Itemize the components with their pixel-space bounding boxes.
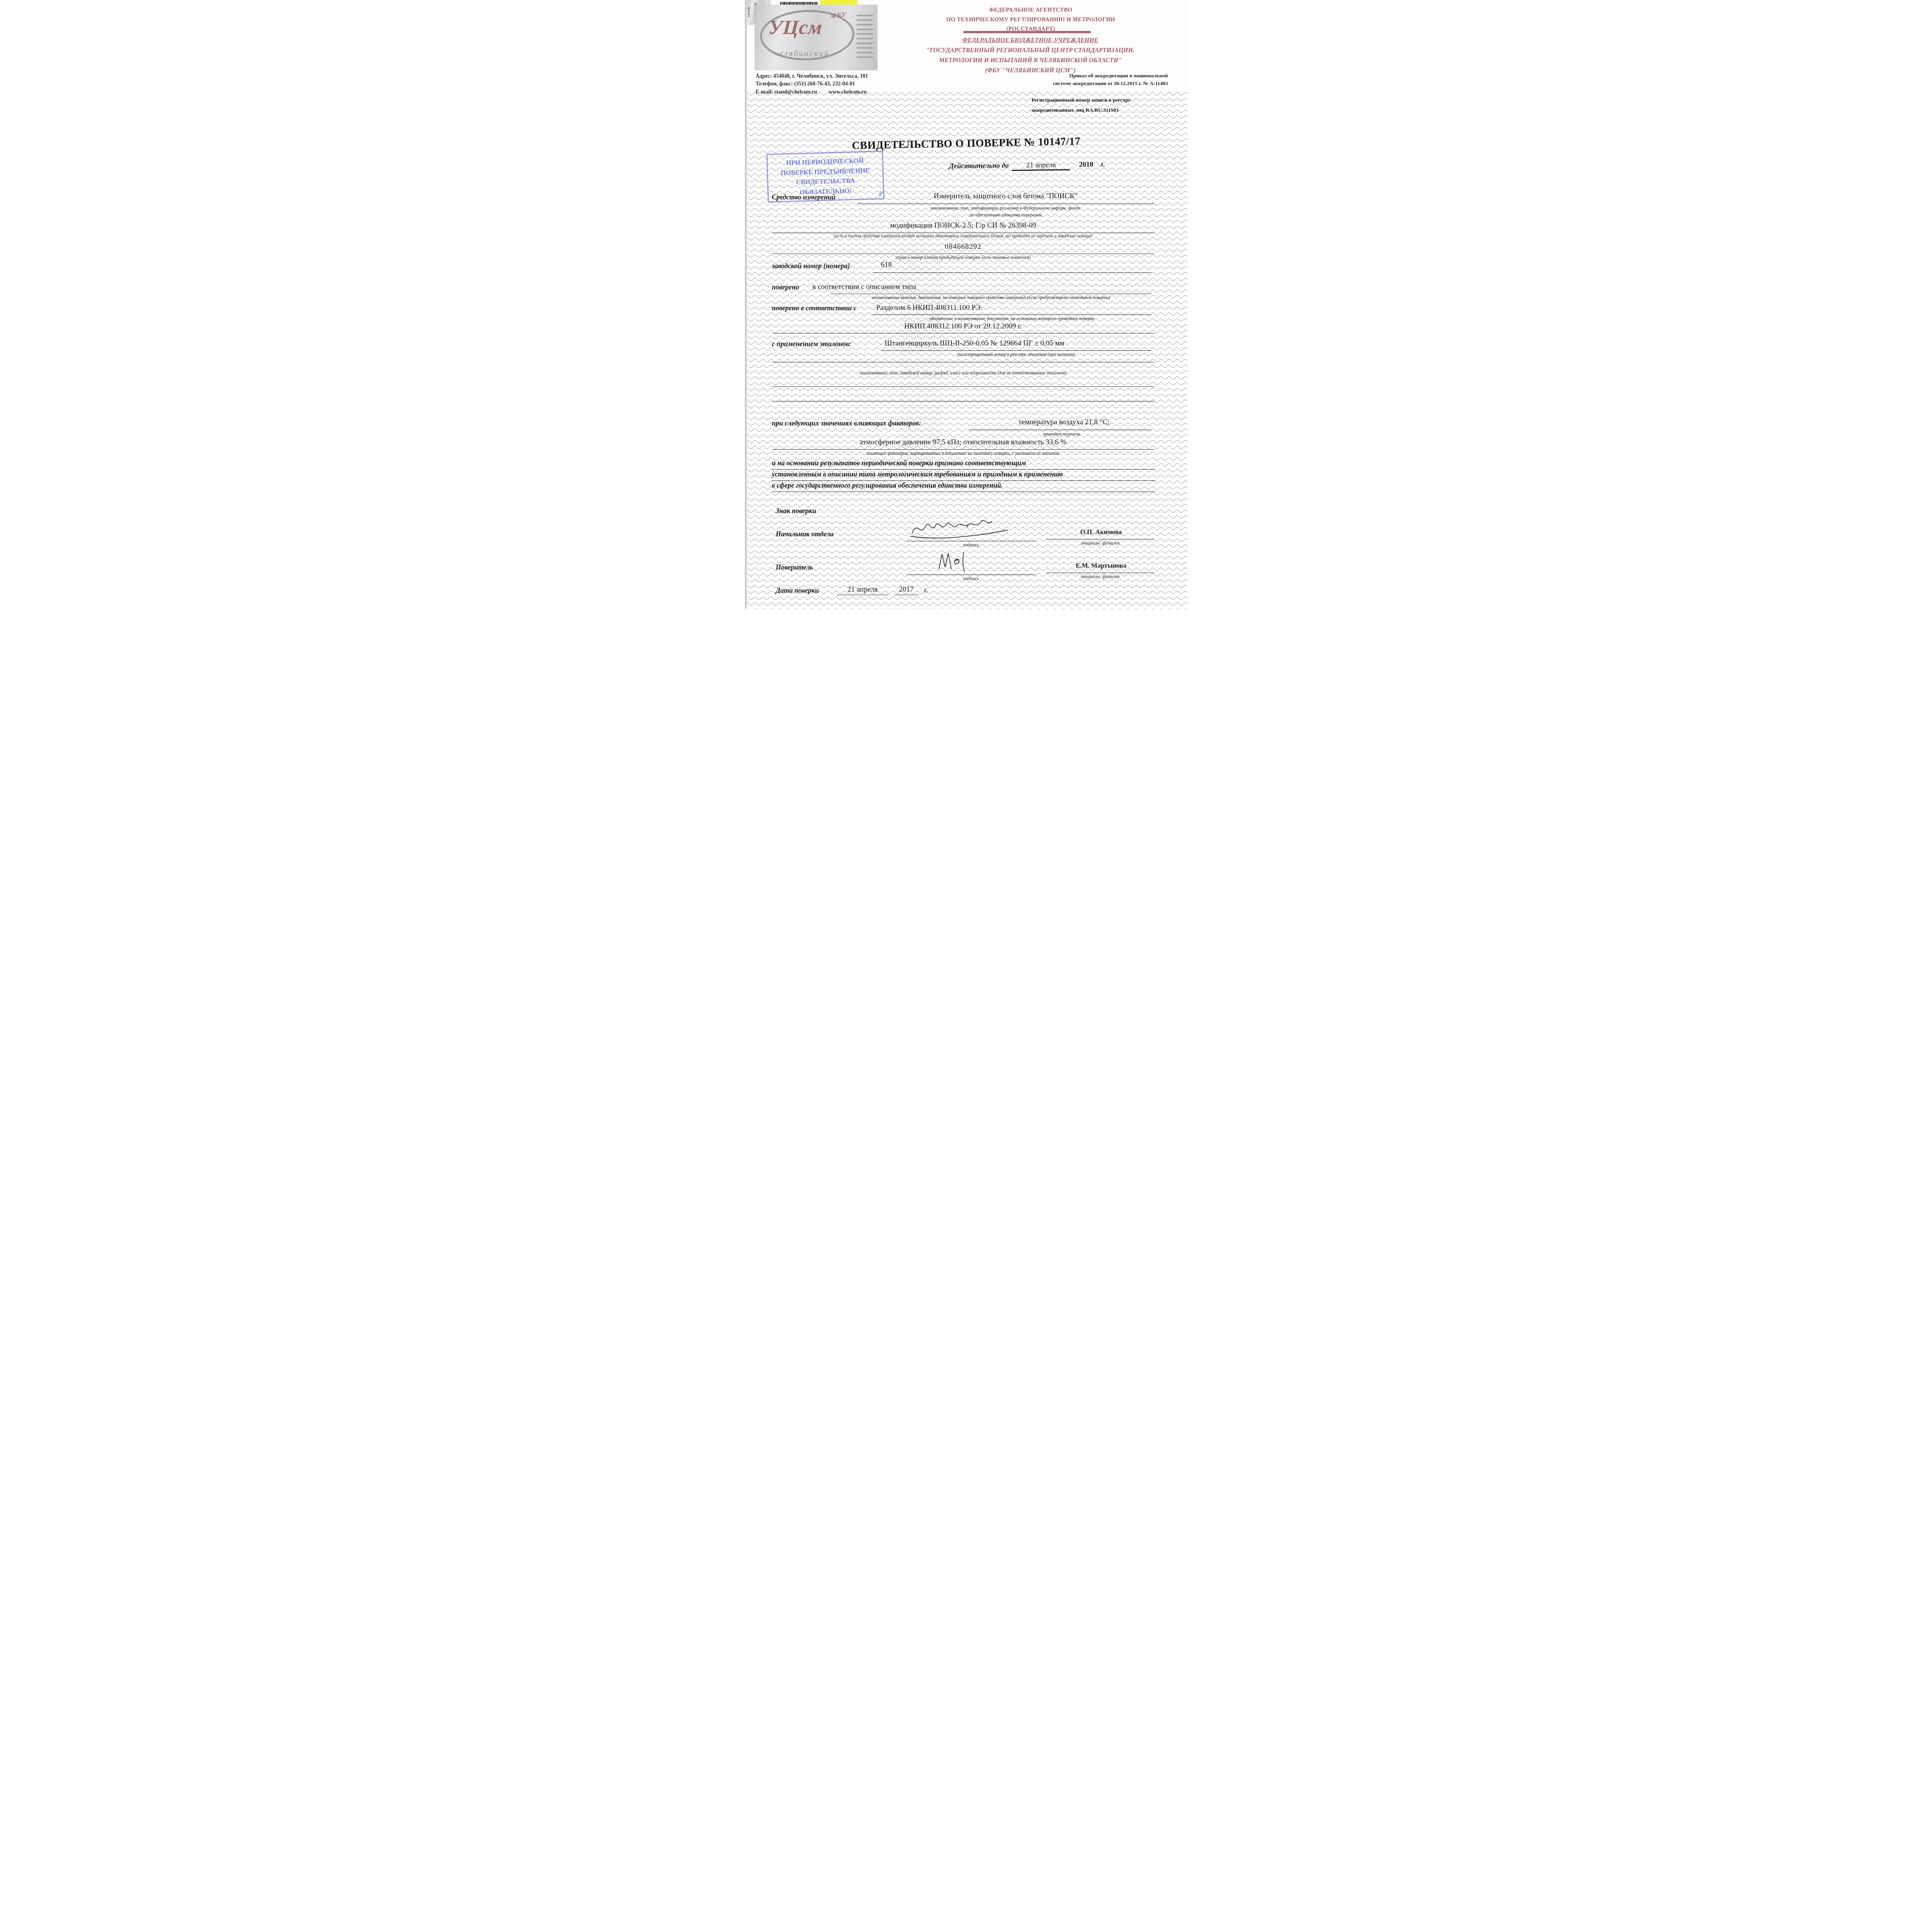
order-line1: Приказ об аккредитации в национальной	[1000, 72, 1168, 80]
head-name-underline	[1046, 539, 1155, 539]
logo-city-label: челябинский	[775, 49, 830, 58]
modification-underline	[772, 233, 1155, 233]
scan-edge-artifact	[745, 0, 748, 609]
conclusion-paragraph: и на основании результатов периодической…	[772, 458, 1155, 492]
verification-date-suffix: г.	[924, 586, 928, 595]
verified-caption: наименование величин, диапазонов, на кот…	[831, 295, 1151, 301]
instrument-label: Средство измерений	[772, 193, 836, 201]
modification-value: модификация ПОИСК-2.5; Г/р СИ № 26398-09	[772, 221, 1155, 230]
conclusion-line3: в сфере государственного регулирования о…	[772, 481, 1155, 492]
accreditation-order: Приказ об аккредитации в национальной си…	[1000, 72, 1168, 88]
verified-label: поверено	[772, 283, 799, 291]
agency-title: ФЕДЕРАЛЬНОЕ АГЕНТСТВО ПО ТЕХНИЧЕСКОМУ РЕ…	[896, 5, 1166, 34]
agency-line1: ФЕДЕРАЛЬНОЕ АГЕНТСТВО	[896, 5, 1166, 15]
method-caption: обозначение и наименование документа, на…	[872, 316, 1151, 321]
standards-caption: регистрационный номер в реестре эталонов…	[881, 352, 1151, 357]
verified-value: в соответствии с описанием типа	[813, 283, 917, 291]
institution-line1: ФЕДЕРАЛЬНОЕ БЮДЖЕТНОЕ УЧРЕЖДЕНИЕ	[891, 36, 1170, 46]
instrument-caption1: наименование, тип, модификация, рег.номе…	[857, 205, 1155, 211]
previous-seal-underline	[772, 253, 1155, 254]
institution-line3: МЕТРОЛОГИИ И ИСПЫТАНИЙ В ЧЕЛЯБИНСКОЙ ОБЛ…	[891, 56, 1170, 66]
valid-until-year: 2018	[1073, 161, 1099, 169]
temperature-underline	[969, 430, 1151, 430]
conditions-caption2: влияющих факторов, нормированных в докум…	[772, 451, 1155, 456]
contact-address: Адрес: 454048, г. Челябинск, ул. Энгельс…	[756, 73, 895, 80]
verifier-label: Поверитель	[776, 563, 813, 571]
verified-underline	[831, 294, 1151, 294]
conditions-label: при следующих значениях влияющих факторо…	[772, 419, 921, 427]
serial-number-value: 618	[881, 261, 892, 269]
blank-underline-1	[772, 362, 1155, 362]
standards-caption2: наименование, тип, заводской номер, разр…	[772, 370, 1155, 376]
ucsm-logo: ФБУ УЦсм челябинский	[755, 5, 878, 70]
instrument-underline	[857, 204, 1155, 204]
certificate-title: СВИДЕТЕЛЬСТВО О ПОВЕРКЕ № 10147/17	[745, 133, 1187, 154]
verifier-signature-icon	[934, 549, 976, 574]
verification-date-value: 21 апреля	[837, 585, 889, 595]
modification-caption: (если в состав средства измерения входят…	[772, 234, 1155, 238]
institution-line2: "ГОСУДАРСТВЕННЫЙ РЕГИОНАЛЬНЫЙ ЦЕНТР СТАН…	[891, 46, 1170, 56]
head-of-department-label: Начальник отдела	[776, 530, 834, 538]
institution-title: ФЕДЕРАЛЬНОЕ БЮДЖЕТНОЕ УЧРЕЖДЕНИЕ "ГОСУДА…	[891, 36, 1170, 76]
conclusion-line1: и на основании результатов периодической…	[772, 458, 1155, 469]
valid-until-suffix: г.	[1100, 161, 1105, 168]
contact-phone: Телефон, факс: (351) 260-76-43, 232-04-0…	[756, 80, 895, 88]
previous-seal-value: 084668292	[772, 243, 1155, 251]
blank-underline-2	[772, 386, 1155, 387]
serial-number-label: заводской номер (номера)	[772, 262, 850, 270]
conditions-caption: приводят перечень	[1015, 431, 1108, 437]
verification-date-label: Дата поверки	[776, 587, 819, 595]
serial-number-underline	[872, 272, 1151, 273]
verifier-name-underline	[1046, 573, 1155, 573]
ruler-icon	[857, 15, 873, 59]
method-document-value: НКИП.408312.100 РЭ от 29.12.2009 г.	[772, 322, 1155, 331]
valid-until-date: 21 апреля	[1012, 161, 1070, 171]
standards-label: с применением эталонов:	[772, 340, 852, 348]
verifier-signature-caption: подпись	[906, 576, 1036, 582]
method-value: Разделом 6 НКИП.408311.100 РЭ.	[876, 304, 983, 312]
method-underline	[872, 315, 1151, 315]
registry-line2: аккредитованных лиц RA.RU.311503	[1032, 105, 1159, 115]
verifier-name: Е.М. Мартынова	[1049, 562, 1153, 570]
conclusion-line2: установленным в описании типа метрологич…	[772, 469, 1155, 481]
order-line2: системе аккредитации от 30.12.2015 г. № …	[1000, 80, 1168, 87]
verifier-signature-underline	[906, 575, 1036, 575]
header-separator-bar	[963, 31, 1091, 33]
verification-date-year: 2017	[894, 585, 919, 595]
valid-until-row: Действительно до 21 апреля 2018 г.	[949, 161, 1105, 172]
standards-value: Штангенциркуль ШЦ-II-250-0,05 № 129664 П…	[885, 339, 1065, 348]
verification-mark-label: Знак поверки	[776, 507, 816, 515]
head-signature-caption: подпись	[906, 542, 1036, 548]
registry-line1: Регистрационный номер записи в реестре	[1032, 95, 1159, 105]
contact-block: Адрес: 454048, г. Челябинск, ул. Энгельс…	[756, 73, 895, 96]
contact-website: www.chelcsm.ru	[829, 89, 867, 95]
method-label: поверено в соответствии с	[772, 304, 857, 312]
valid-until-label: Действительно до	[949, 162, 1009, 170]
registry-number-note: Регистрационный номер записи в реестре а…	[1032, 95, 1159, 116]
agency-line2: ПО ТЕХНИЧЕСКОМУ РЕГУЛИРОВАНИЮ И МЕТРОЛОГ…	[896, 15, 1166, 25]
verifier-name-caption: инициалы, фамилия	[1046, 574, 1155, 580]
pressure-humidity-value: атмосферное давление 97,5 кПа; относител…	[772, 438, 1155, 447]
previous-seal-caption: серия и номер клейма предыдущей поверки …	[772, 255, 1155, 260]
head-name: О.П. Акимова	[1049, 528, 1153, 536]
logo-main-label: УЦсм	[767, 16, 823, 39]
instrument-caption2: по обеспечению единства измерений	[857, 212, 1155, 218]
contact-email: E-mail: stand@chelcsm.ru	[756, 89, 817, 95]
method-document-underline	[772, 333, 1155, 333]
certificate-page: ФБУ УЦсм челябинский Адрес: 454048, г. Ч…	[745, 0, 1187, 609]
temperature-value: температура воздуха 21,8 °С;	[977, 418, 1151, 427]
standards-underline	[881, 350, 1151, 351]
pressure-humidity-underline	[772, 449, 1155, 450]
instrument-value: Измеритель защитного слоя бетона "ПОИСК"	[857, 192, 1155, 201]
head-name-caption: инициалы, фамилия	[1046, 540, 1155, 546]
head-signature-icon	[909, 516, 1010, 540]
blank-underline-3	[772, 401, 1155, 401]
head-signature-underline	[906, 541, 1036, 541]
